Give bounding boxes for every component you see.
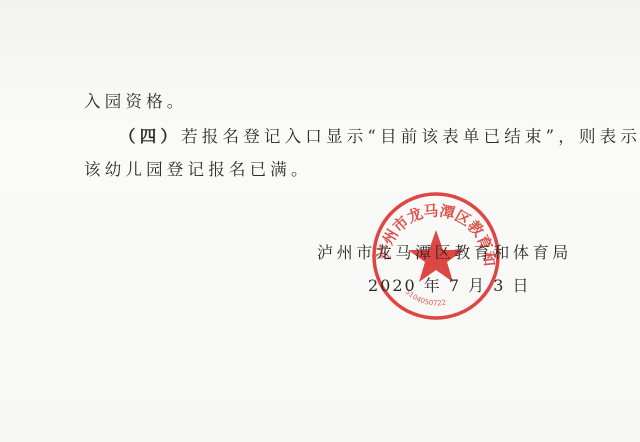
document-page: 入园资格。 （四）若报名登记入口显示“目前该表单已结束”，则表示 该幼儿园登记报… [0,0,640,442]
item-label: （四） [119,127,181,146]
signing-organization: 泸州市龙马潭区教育和体育局 [317,240,572,263]
item-text: 若报名登记入口显示“目前该表单已结束”，则表示 [181,127,640,146]
paragraph-item-four: （四）若报名登记入口显示“目前该表单已结束”，则表示 [119,123,640,147]
signing-date: 2020 年 7 月 3 日 [368,273,531,296]
paragraph-line-3: 该幼儿园登记报名已满。 [84,156,312,180]
paragraph-line-1: 入园资格。 [84,88,188,112]
